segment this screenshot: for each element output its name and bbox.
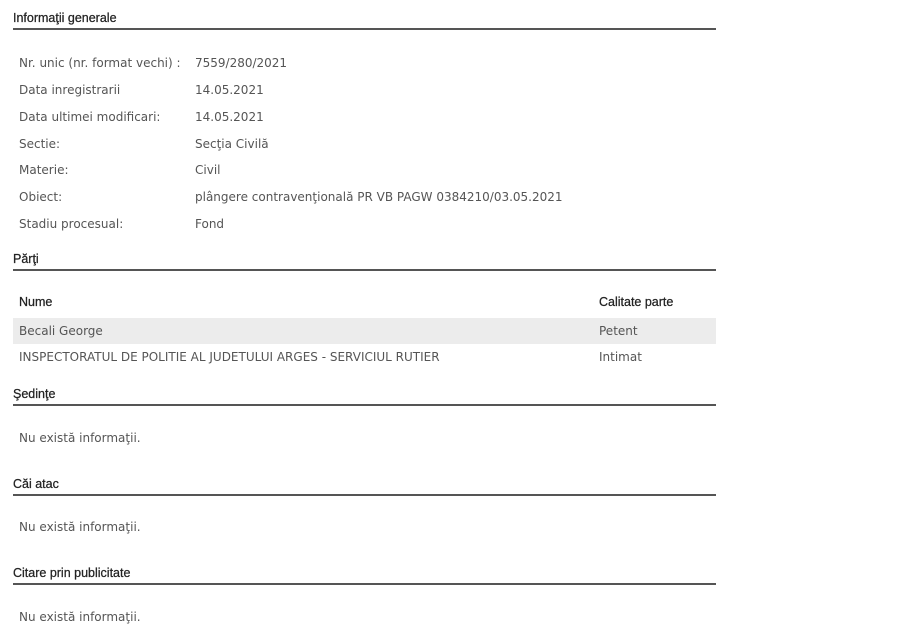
section-citare: Citare prin publicitate [13,566,716,585]
field-value: Fond [195,217,224,231]
sedinte-empty-message: Nu există informaţii. [19,431,141,445]
field-label: Sectie: [19,137,60,151]
column-header-nume: Nume [19,295,52,309]
party-role: Intimat [599,344,642,370]
field-label: Stadiu procesual: [19,217,123,231]
field-label: Data inregistrarii [19,83,120,97]
cai-atac-empty-message: Nu există informaţii. [19,520,141,534]
field-value: 14.05.2021 [195,110,264,124]
party-name: INSPECTORATUL DE POLITIE AL JUDETULUI AR… [19,344,440,370]
column-header-calitate: Calitate parte [599,295,673,309]
section-title-general: Informaţii generale [13,11,716,30]
section-title-sedinte: Şedinţe [13,387,716,406]
field-value: Secţia Civilă [195,137,269,151]
section-parti: Părţi [13,252,716,271]
table-header: Nume Calitate parte [13,295,716,315]
section-title-parti: Părţi [13,252,716,271]
section-general: Informaţii generale [13,11,716,30]
field-label: Materie: [19,163,69,177]
field-value: 14.05.2021 [195,83,264,97]
section-title-cai-atac: Căi atac [13,477,716,496]
field-value: Civil [195,163,220,177]
parti-table: Nume Calitate parte Becali George Petent… [13,295,716,370]
field-value: 7559/280/2021 [195,56,287,70]
section-title-citare: Citare prin publicitate [13,566,716,585]
field-value: plângere contravenţională PR VB PAGW 038… [195,190,563,204]
section-sedinte: Şedinţe [13,387,716,406]
field-label: Nr. unic (nr. format vechi) : [19,56,181,70]
field-label: Obiect: [19,190,62,204]
party-role: Petent [599,318,638,344]
table-row: Becali George Petent [13,318,716,344]
field-label: Data ultimei modificari: [19,110,160,124]
citare-empty-message: Nu există informaţii. [19,610,141,624]
table-row: INSPECTORATUL DE POLITIE AL JUDETULUI AR… [13,344,716,370]
party-name: Becali George [19,318,103,344]
section-cai-atac: Căi atac [13,477,716,496]
